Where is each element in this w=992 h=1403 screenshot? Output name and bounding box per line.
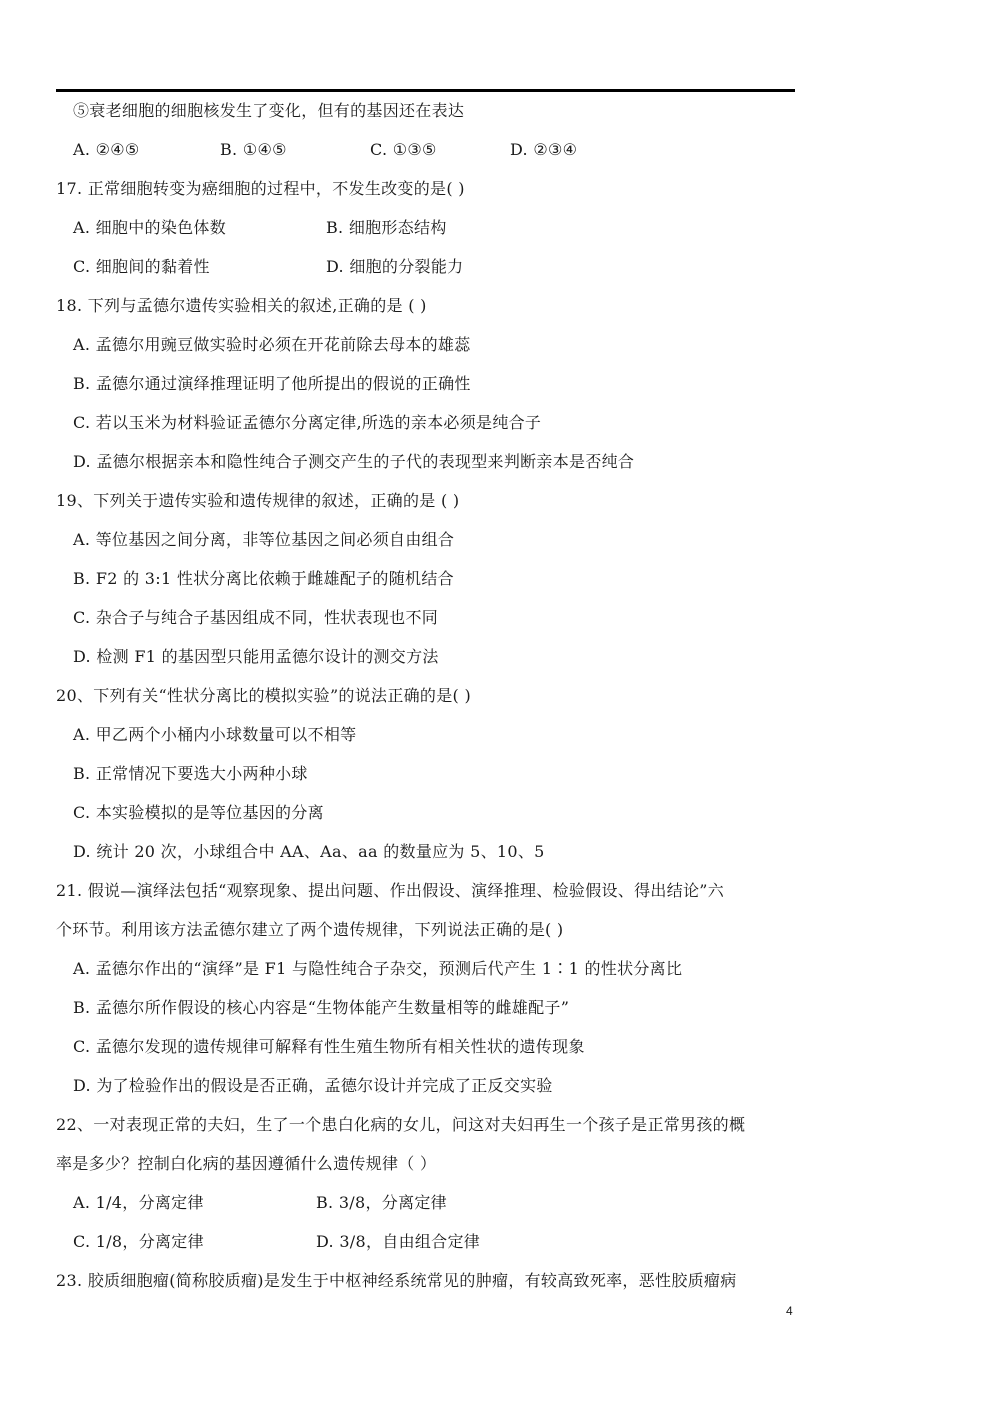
q22-option-b: B. 3/8，分离定律 (316, 1193, 447, 1213)
q21-option-b: B. 孟德尔所作假设的核心内容是“生物体能产生数量相等的雌雄配子” (73, 998, 569, 1018)
header-rule (56, 89, 795, 92)
q16-statement-5: ⑤衰老细胞的细胞核发生了变化，但有的基因还在表达 (73, 101, 464, 121)
q17-option-b: B. 细胞形态结构 (326, 218, 447, 238)
q21-stem-line-2: 个环节。利用该方法孟德尔建立了两个遗传规律，下列说法正确的是( ) (56, 920, 563, 940)
q22-option-a: A. 1/4，分离定律 (73, 1193, 204, 1213)
q23-stem-line-1: 23. 胶质细胞瘤(简称胶质瘤)是发生于中枢神经系统常见的肿瘤，有较高致死率，恶… (56, 1271, 737, 1291)
q20-option-a: A. 甲乙两个小桶内小球数量可以不相等 (73, 725, 356, 745)
q17-option-c: C. 细胞间的黏着性 (73, 257, 210, 277)
q17-stem: 17. 正常细胞转变为癌细胞的过程中，不发生改变的是( ) (56, 179, 465, 199)
q18-option-c: C. 若以玉米为材料验证孟德尔分离定律,所选的亲本必须是纯合子 (73, 413, 541, 433)
q17-option-d: D. 细胞的分裂能力 (326, 257, 463, 277)
q18-stem: 18. 下列与孟德尔遗传实验相关的叙述,正确的是 ( ) (56, 296, 427, 316)
q16-option-c: C. ①③⑤ (370, 140, 437, 160)
q19-option-b: B. F2 的 3:1 性状分离比依赖于雌雄配子的随机结合 (73, 569, 454, 589)
q18-option-d: D. 孟德尔根据亲本和隐性纯合子测交产生的子代的表现型来判断亲本是否纯合 (73, 452, 634, 472)
q20-option-b: B. 正常情况下要选大小两种小球 (73, 764, 308, 784)
q22-stem-line-1: 22、一对表现正常的夫妇，生了一个患白化病的女儿，问这对夫妇再生一个孩子是正常男… (56, 1115, 745, 1135)
q16-option-b: B. ①④⑤ (220, 140, 287, 160)
q21-option-c: C. 孟德尔发现的遗传规律可解释有性生殖生物所有相关性状的遗传现象 (73, 1037, 585, 1057)
q19-stem: 19、下列关于遗传实验和遗传规律的叙述，正确的是 ( ) (56, 491, 459, 511)
q16-option-d: D. ②③④ (510, 140, 577, 160)
q21-stem-line-1: 21. 假说—演绎法包括“观察现象、提出问题、作出假设、演绎推理、检验假设、得出… (56, 881, 724, 901)
q21-option-d: D. 为了检验作出的假设是否正确，孟德尔设计并完成了正反交实验 (73, 1076, 553, 1096)
q17-option-a: A. 细胞中的染色体数 (73, 218, 226, 238)
q16-option-a: A. ②④⑤ (73, 140, 140, 160)
page-number: 4 (786, 1304, 793, 1318)
q18-option-a: A. 孟德尔用豌豆做实验时必须在开花前除去母本的雄蕊 (73, 335, 471, 355)
q18-option-b: B. 孟德尔通过演绎推理证明了他所提出的假说的正确性 (73, 374, 471, 394)
q22-option-c: C. 1/8，分离定律 (73, 1232, 204, 1252)
q20-option-d: D. 统计 20 次，小球组合中 AA、Aa、aa 的数量应为 5、10、5 (73, 842, 545, 862)
q22-option-d: D. 3/8，自由组合定律 (316, 1232, 480, 1252)
q19-option-a: A. 等位基因之间分离，非等位基因之间必须自由组合 (73, 530, 454, 550)
q19-option-c: C. 杂合子与纯合子基因组成不同，性状表现也不同 (73, 608, 438, 628)
q19-option-d: D. 检测 F1 的基因型只能用孟德尔设计的测交方法 (73, 647, 439, 667)
q20-stem: 20、下列有关“性状分离比的模拟实验”的说法正确的是( ) (56, 686, 471, 706)
q20-option-c: C. 本实验模拟的是等位基因的分离 (73, 803, 324, 823)
q21-option-a: A. 孟德尔作出的“演绎”是 F1 与隐性纯合子杂交，预测后代产生 1∶1 的性… (73, 959, 682, 979)
q22-stem-line-2: 率是多少？控制白化病的基因遵循什么遗传规律（ ） (56, 1154, 436, 1174)
